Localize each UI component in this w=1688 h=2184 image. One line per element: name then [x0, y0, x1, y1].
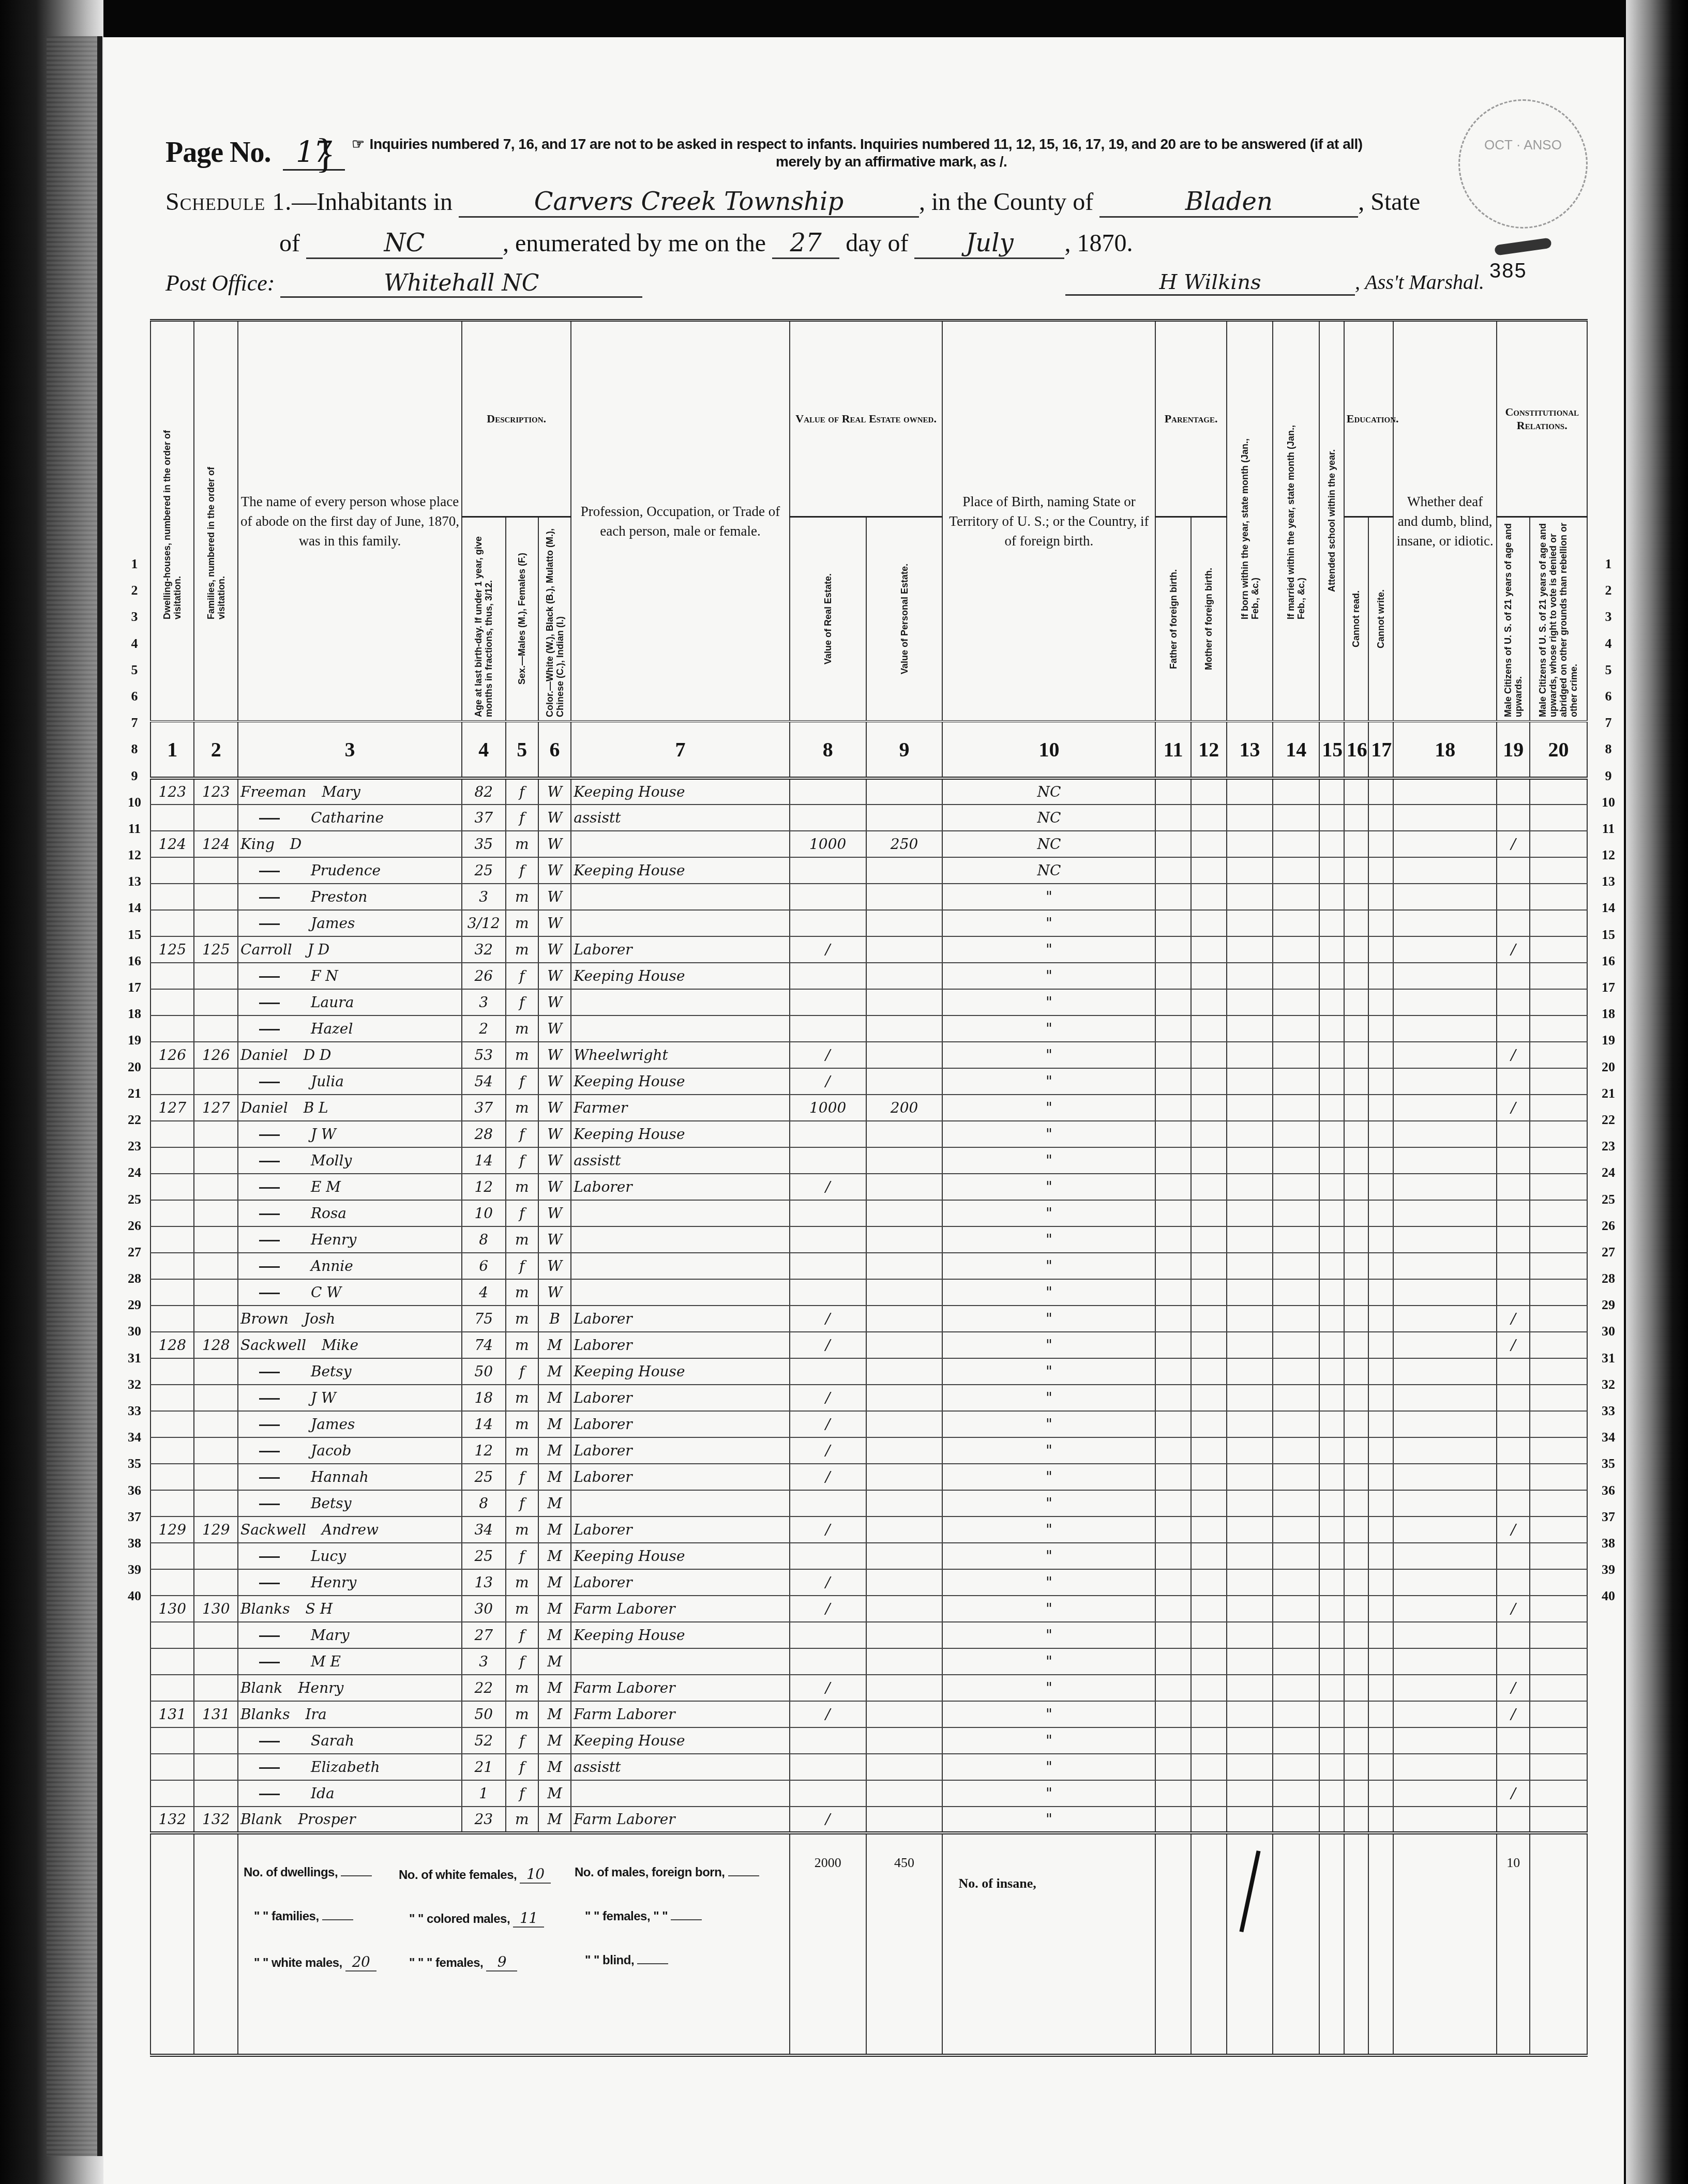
male-citizen: / [1497, 936, 1529, 963]
color: W [538, 1253, 571, 1279]
attended-school [1319, 1042, 1344, 1068]
age: 53 [462, 1042, 505, 1068]
birthplace: NC [942, 805, 1155, 831]
mother-foreign [1191, 1226, 1227, 1253]
vote-denied [1530, 1385, 1587, 1411]
male-citizen: / [1497, 1780, 1529, 1807]
cannot-write [1368, 936, 1393, 963]
line-number: 32 [1593, 1371, 1624, 1398]
cannot-read [1344, 1147, 1369, 1174]
mother-foreign [1191, 857, 1227, 884]
birthplace: " [942, 1701, 1155, 1727]
father-foreign [1155, 1015, 1191, 1042]
cannot-write [1368, 1569, 1393, 1596]
birthplace: " [942, 1727, 1155, 1754]
male-citizen [1497, 1622, 1529, 1648]
cannot-read [1344, 1226, 1369, 1253]
dwelling-number [150, 1226, 194, 1253]
cannot-read [1344, 989, 1369, 1015]
dwelling-number: 123 [150, 778, 194, 805]
table-row: Jacob12mMLaborer/" [150, 1437, 1587, 1464]
line-number: 30 [1593, 1318, 1624, 1344]
person-name: Betsy [238, 1490, 462, 1516]
attended-school [1319, 1200, 1344, 1226]
real-estate-value [790, 1279, 866, 1306]
attended-school [1319, 989, 1344, 1015]
line-number: 14 [1593, 894, 1624, 921]
father-foreign [1155, 1068, 1191, 1095]
deaf-blind [1393, 1727, 1497, 1754]
ditto-dash [259, 1583, 280, 1584]
occupation: Farmer [571, 1095, 789, 1121]
occupation: Farm Laborer [571, 1675, 789, 1701]
marshal-line: H Wilkins, Ass't Marshal. [1065, 270, 1484, 296]
sex: f [506, 1253, 538, 1279]
line-number: 1 [119, 551, 150, 577]
age: 82 [462, 778, 505, 805]
personal-estate-value [866, 1147, 943, 1174]
married-within-year [1273, 1411, 1319, 1437]
deaf-blind [1393, 1095, 1497, 1121]
deaf-blind [1393, 1385, 1497, 1411]
deaf-blind [1393, 1490, 1497, 1516]
male-citizen [1497, 1437, 1529, 1464]
line-number: 4 [1593, 630, 1624, 657]
father-foreign [1155, 1095, 1191, 1121]
male-citizen [1497, 857, 1529, 884]
color: W [538, 857, 571, 884]
cannot-read [1344, 1358, 1369, 1385]
born-within-year [1227, 1490, 1273, 1516]
insane-count-label: No. of insane, [942, 1833, 1155, 2055]
real-estate-value: / [790, 1174, 866, 1200]
age: 21 [462, 1754, 505, 1780]
father-foreign [1155, 1174, 1191, 1200]
dwelling-number [150, 1490, 194, 1516]
deaf-blind [1393, 1543, 1497, 1569]
table-row: 132132BlankProsper23mMFarm Laborer/" [150, 1807, 1587, 1833]
mother-foreign [1191, 1015, 1227, 1042]
person-name: J W [238, 1121, 462, 1147]
color: W [538, 989, 571, 1015]
mother-foreign [1191, 1569, 1227, 1596]
family-number [194, 1015, 237, 1042]
occupation: Laborer [571, 1516, 789, 1543]
father-foreign [1155, 1253, 1191, 1279]
occupation: Laborer [571, 1437, 789, 1464]
family-number [194, 1675, 237, 1701]
ditto-dash [259, 1214, 280, 1215]
personal-estate-value: 200 [866, 1095, 943, 1121]
cannot-write [1368, 805, 1393, 831]
born-within-year [1227, 1015, 1273, 1042]
cannot-write [1368, 1200, 1393, 1226]
person-name: BlankProsper [238, 1807, 462, 1833]
birthplace: " [942, 910, 1155, 936]
male-citizen [1497, 1490, 1529, 1516]
dwelling-number: 132 [150, 1807, 194, 1833]
male-citizen [1497, 1015, 1529, 1042]
male-citizen [1497, 805, 1529, 831]
father-foreign [1155, 1701, 1191, 1727]
real-estate-value: / [790, 1306, 866, 1332]
cannot-write [1368, 1279, 1393, 1306]
color: W [538, 1200, 571, 1226]
vote-denied [1530, 1358, 1587, 1385]
male-citizen [1497, 1411, 1529, 1437]
cannot-read [1344, 1648, 1369, 1675]
col-header-vote-denied: Male Citizens of U. S. of 21 years of ag… [1530, 517, 1587, 722]
table-row: Prudence25fWKeeping HouseNC [150, 857, 1587, 884]
personal-estate-value [866, 1437, 943, 1464]
age: 8 [462, 1226, 505, 1253]
person-name: Julia [238, 1068, 462, 1095]
male-citizen [1497, 1543, 1529, 1569]
col-header-father-foreign: Father of foreign birth. [1155, 517, 1191, 722]
age: 50 [462, 1701, 505, 1727]
born-within-year [1227, 1306, 1273, 1332]
real-estate-value: 1000 [790, 1095, 866, 1121]
personal-estate-value [866, 1807, 943, 1833]
born-within-year [1227, 963, 1273, 989]
birthplace: " [942, 1147, 1155, 1174]
dwelling-number [150, 1358, 194, 1385]
attended-school [1319, 1516, 1344, 1543]
mother-foreign [1191, 1253, 1227, 1279]
family-number [194, 1411, 237, 1437]
line-number: 31 [1593, 1345, 1624, 1371]
vote-denied [1530, 1068, 1587, 1095]
dwelling-number: 127 [150, 1095, 194, 1121]
age: 25 [462, 1464, 505, 1490]
ditto-dash [259, 1240, 280, 1241]
family-number [194, 1174, 237, 1200]
age: 74 [462, 1332, 505, 1358]
line-number: 34 [1593, 1424, 1624, 1450]
post-office-field: Whitehall NC [280, 270, 642, 298]
birthplace: " [942, 1253, 1155, 1279]
personal-estate-value [866, 884, 943, 910]
person-name: Elizabeth [238, 1754, 462, 1780]
occupation [571, 1780, 789, 1807]
age: 14 [462, 1411, 505, 1437]
age: 25 [462, 1543, 505, 1569]
sex: f [506, 963, 538, 989]
real-estate-value [790, 1727, 866, 1754]
color: W [538, 1042, 571, 1068]
mother-foreign [1191, 1121, 1227, 1147]
occupation: Keeping House [571, 1543, 789, 1569]
sex: m [506, 1701, 538, 1727]
vote-denied [1530, 1121, 1587, 1147]
mother-foreign [1191, 831, 1227, 857]
real-estate-value [790, 1147, 866, 1174]
col-header-birthplace: Place of Birth, naming State or Territor… [942, 321, 1155, 722]
left-line-numbers: 1234567891011121314151617181920212223242… [119, 551, 150, 1610]
male-citizen [1497, 1279, 1529, 1306]
column-number: 6 [538, 721, 571, 778]
sex: f [506, 1754, 538, 1780]
born-within-year [1227, 1174, 1273, 1200]
sex: m [506, 1516, 538, 1543]
day-field: 27 [772, 229, 839, 259]
sex: m [506, 1569, 538, 1596]
father-foreign [1155, 778, 1191, 805]
line-number: 35 [119, 1450, 150, 1477]
ditto-dash [259, 976, 280, 978]
mother-foreign [1191, 1200, 1227, 1226]
attended-school [1319, 1358, 1344, 1385]
line-number: 39 [119, 1556, 150, 1583]
person-name: Ida [238, 1780, 462, 1807]
birthplace: " [942, 1411, 1155, 1437]
family-number [194, 1147, 237, 1174]
color: M [538, 1569, 571, 1596]
column-number: 1 [150, 721, 194, 778]
cannot-read [1344, 805, 1369, 831]
table-row: J W18mMLaborer/" [150, 1385, 1587, 1411]
dwelling-number: 126 [150, 1042, 194, 1068]
person-name: Hazel [238, 1015, 462, 1042]
real-estate-value: / [790, 1385, 866, 1411]
col-header-male-citizens: Male Citizens of U. S. of 21 years of ag… [1497, 517, 1529, 722]
dwelling-number [150, 1411, 194, 1437]
family-number [194, 1490, 237, 1516]
mother-foreign [1191, 1490, 1227, 1516]
deaf-blind [1393, 1648, 1497, 1675]
line-number: 32 [119, 1371, 150, 1398]
vote-denied [1530, 1490, 1587, 1516]
personal-estate-value [866, 1569, 943, 1596]
age: 13 [462, 1569, 505, 1596]
family-number [194, 1226, 237, 1253]
cannot-write [1368, 831, 1393, 857]
line-number: 26 [1593, 1212, 1624, 1239]
mother-foreign [1191, 1807, 1227, 1833]
sex: f [506, 1358, 538, 1385]
occupation [571, 1253, 789, 1279]
vote-denied [1530, 1516, 1587, 1543]
married-within-year [1273, 1754, 1319, 1780]
personal-estate-value [866, 1516, 943, 1543]
color: M [538, 1675, 571, 1701]
sex: f [506, 805, 538, 831]
line-number: 9 [1593, 763, 1624, 789]
mother-foreign [1191, 1701, 1227, 1727]
cannot-write [1368, 1042, 1393, 1068]
age: 27 [462, 1622, 505, 1648]
line-number: 12 [1593, 842, 1624, 868]
attended-school [1319, 1648, 1344, 1675]
family-number: 132 [194, 1807, 237, 1833]
cannot-read [1344, 831, 1369, 857]
column-number: 12 [1191, 721, 1227, 778]
cannot-write [1368, 1121, 1393, 1147]
age: 34 [462, 1516, 505, 1543]
person-name: BlanksIra [238, 1701, 462, 1727]
person-name: Catharine [238, 805, 462, 831]
married-within-year [1273, 1095, 1319, 1121]
male-citizen [1497, 1068, 1529, 1095]
deaf-blind [1393, 1780, 1497, 1807]
total-real-estate: 2000 [790, 1833, 866, 2055]
ditto-dash [259, 1451, 280, 1452]
attended-school [1319, 1385, 1344, 1411]
family-number [194, 1464, 237, 1490]
vote-denied [1530, 1437, 1587, 1464]
sex: f [506, 1121, 538, 1147]
born-within-year [1227, 1332, 1273, 1358]
age: 2 [462, 1015, 505, 1042]
marshal-signature: H Wilkins [1065, 270, 1355, 296]
real-estate-value [790, 805, 866, 831]
family-number: 126 [194, 1042, 237, 1068]
cannot-write [1368, 884, 1393, 910]
line-number: 19 [119, 1027, 150, 1053]
attended-school [1319, 884, 1344, 910]
ditto-dash [259, 1003, 280, 1004]
sex: f [506, 1147, 538, 1174]
sex: m [506, 1437, 538, 1464]
column-number: 8 [790, 721, 866, 778]
line-number: 34 [119, 1424, 150, 1450]
vote-denied [1530, 884, 1587, 910]
male-citizen [1497, 778, 1529, 805]
month-field: July [914, 229, 1064, 259]
line-number: 8 [1593, 736, 1624, 762]
person-name: Rosa [238, 1200, 462, 1226]
cannot-write [1368, 1727, 1393, 1754]
birthplace: " [942, 1516, 1155, 1543]
line-number: 11 [1593, 815, 1624, 842]
deaf-blind [1393, 1226, 1497, 1253]
person-name: Sarah [238, 1727, 462, 1754]
real-estate-value [790, 857, 866, 884]
family-number [194, 1543, 237, 1569]
family-number [194, 1780, 237, 1807]
dwelling-number: 128 [150, 1332, 194, 1358]
line-number: 28 [119, 1265, 150, 1292]
colored-females-count: 9 [486, 1953, 517, 1971]
father-foreign [1155, 884, 1191, 910]
line-number: 5 [1593, 657, 1624, 683]
born-within-year [1227, 778, 1273, 805]
occupation: Laborer [571, 936, 789, 963]
ditto-dash [259, 1134, 280, 1136]
birthplace: " [942, 884, 1155, 910]
ditto-dash [259, 1767, 280, 1769]
mother-foreign [1191, 963, 1227, 989]
married-within-year [1273, 1516, 1319, 1543]
deaf-blind [1393, 1464, 1497, 1490]
dwelling-number [150, 1200, 194, 1226]
married-within-year [1273, 1780, 1319, 1807]
real-estate-value: / [790, 1437, 866, 1464]
family-number [194, 1385, 237, 1411]
vote-denied [1530, 1780, 1587, 1807]
sex: f [506, 857, 538, 884]
attended-school [1319, 778, 1344, 805]
father-foreign [1155, 1279, 1191, 1306]
stamped-page-number: 385 [1489, 260, 1527, 283]
age: 6 [462, 1253, 505, 1279]
color: W [538, 1174, 571, 1200]
married-within-year [1273, 1174, 1319, 1200]
cannot-write [1368, 1411, 1393, 1437]
born-within-year [1227, 1279, 1273, 1306]
color: W [538, 1095, 571, 1121]
married-within-year [1273, 1306, 1319, 1332]
line-number: 12 [119, 842, 150, 868]
census-table: Dwelling-houses, numbered in the order o… [150, 319, 1588, 2057]
birthplace: " [942, 1279, 1155, 1306]
dwelling-number [150, 884, 194, 910]
birthplace: " [942, 1226, 1155, 1253]
line-number: 23 [1593, 1133, 1624, 1159]
personal-estate-value [866, 1701, 943, 1727]
cannot-write [1368, 1543, 1393, 1569]
tally-mark [1239, 1851, 1260, 1932]
attended-school [1319, 1622, 1344, 1648]
occupation [571, 884, 789, 910]
mother-foreign [1191, 910, 1227, 936]
father-foreign [1155, 1675, 1191, 1701]
line-number: 15 [1593, 921, 1624, 948]
age: 52 [462, 1727, 505, 1754]
line-number: 38 [1593, 1530, 1624, 1556]
birthplace: " [942, 1780, 1155, 1807]
col-header-deaf-blind: Whether deaf and dumb, blind, insane, or… [1393, 321, 1497, 722]
married-within-year [1273, 1648, 1319, 1675]
person-name: Laura [238, 989, 462, 1015]
deaf-blind [1393, 1279, 1497, 1306]
color: W [538, 1147, 571, 1174]
mother-foreign [1191, 1727, 1227, 1754]
line-number: 16 [1593, 948, 1624, 974]
birthplace: " [942, 1121, 1155, 1147]
line-number: 17 [1593, 974, 1624, 1000]
deaf-blind [1393, 857, 1497, 884]
real-estate-value [790, 1200, 866, 1226]
family-number [194, 1569, 237, 1596]
married-within-year [1273, 831, 1319, 857]
dwelling-number [150, 1727, 194, 1754]
ditto-dash [259, 897, 280, 899]
deaf-blind [1393, 1807, 1497, 1833]
person-name: DanielB L [238, 1095, 462, 1121]
table-row: Molly14fWassistt" [150, 1147, 1587, 1174]
birthplace: " [942, 1042, 1155, 1068]
table-row: Julia54fWKeeping House/" [150, 1068, 1587, 1095]
color: W [538, 1226, 571, 1253]
age: 8 [462, 1490, 505, 1516]
born-within-year [1227, 1437, 1273, 1464]
col-header-color: Color.—White (W.), Black (B.), Mulatto (… [538, 517, 571, 722]
age: 25 [462, 857, 505, 884]
real-estate-value: / [790, 1516, 866, 1543]
pointing-hand-icon: ☞ [352, 135, 365, 153]
personal-estate-value [866, 1332, 943, 1358]
table-row: Rosa10fW" [150, 1200, 1587, 1226]
line-number: 37 [1593, 1504, 1624, 1530]
cannot-read [1344, 1701, 1369, 1727]
scan-right-edge [1626, 0, 1688, 2184]
cannot-write [1368, 1464, 1393, 1490]
personal-estate-value [866, 1411, 943, 1437]
married-within-year [1273, 1675, 1319, 1701]
deaf-blind [1393, 1411, 1497, 1437]
male-citizen [1497, 1569, 1529, 1596]
